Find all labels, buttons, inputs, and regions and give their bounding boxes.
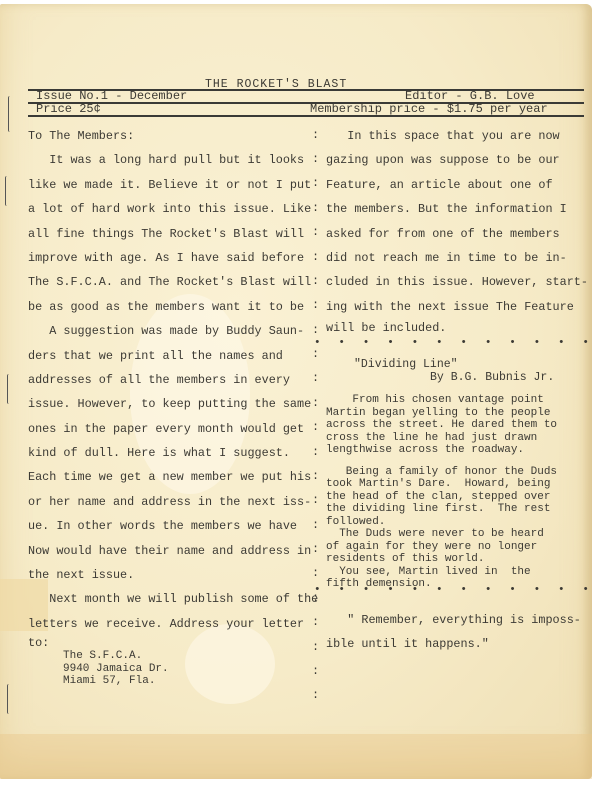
quote-line: " Remember, everything is imposs- [312, 608, 592, 632]
divider [28, 115, 584, 117]
text-line: Next month we will publish some of the [28, 587, 318, 611]
text-line: did not reach me in time to be in- [312, 246, 592, 270]
text-line: or her name and address in the next iss- [28, 490, 318, 514]
text-line: A suggestion was made by Buddy Saun- [28, 319, 318, 343]
text-line: In this space that you are now [312, 124, 592, 148]
newsletter-page: THE ROCKET'S BLAST Issue No.1 - December… [0, 4, 592, 779]
text-line: It was a long hard pull but it looks [28, 148, 318, 172]
address-line: Miami 57, Fla. [63, 675, 318, 688]
text-line: Feature, an article about one of [312, 173, 592, 197]
address-line: 9940 Jamaica Dr. [63, 663, 318, 676]
text-line: all fine things The Rocket's Blast will [28, 222, 318, 246]
text-line: kind of dull. Here is what I suggest. [28, 441, 318, 465]
text-line: to: [28, 636, 318, 650]
text-line: ue. In other words the members we have [28, 514, 318, 538]
text-line: issue. However, to keep putting the same [28, 392, 318, 416]
text-line: addresses of all the members in every [28, 368, 318, 392]
text-line: be as good as the members want it to be [28, 295, 318, 319]
text-line: ders that we print all the names and [28, 344, 318, 368]
text-line: a lot of hard work into this issue. Like [28, 197, 318, 221]
text-line: the members. But the information I [312, 197, 592, 221]
text-line: ing with the next issue The Feature [312, 295, 592, 319]
margin-mark [7, 374, 11, 404]
paper-stain [0, 734, 592, 779]
text-line: asked for from one of the members [312, 222, 592, 246]
dotted-divider: • • • • • • • • • • • • • • • • • • [312, 584, 592, 608]
text-line: letters we receive. Address your letter [28, 612, 318, 636]
issue-label: Issue No.1 - December [36, 89, 187, 103]
price-label: Price 25¢ [36, 102, 101, 116]
story-paragraph: Being a family of honor the Duds took Ma… [312, 466, 592, 584]
text-line: cluded in this issue. However, start- [312, 270, 592, 294]
margin-mark [5, 176, 9, 206]
text-line: ones in the paper every month would get [28, 417, 318, 441]
dotted-divider: • • • • • • • • • • • • • • • • • • [312, 337, 592, 359]
text-line: gazing upon was suppose to be our [312, 148, 592, 172]
text-line: The S.F.C.A. and The Rocket's Blast will [28, 270, 318, 294]
margin-mark [7, 684, 11, 714]
membership-price-label: Membership price - $1.75 per year [310, 102, 548, 116]
address-line: The S.F.C.A. [63, 650, 318, 663]
letter-heading: To The Members: [28, 124, 318, 148]
story-title: "Dividing Line" [312, 359, 592, 372]
text-line: like we made it. Believe it or not I put [28, 173, 318, 197]
text-line: improve with age. As I have said before [28, 246, 318, 270]
story-byline: By B.G. Bubnis Jr. [312, 372, 592, 385]
margin-mark [8, 96, 12, 132]
editor-label: Editor - G.B. Love [405, 89, 535, 103]
text-line: Now would have their name and address in [28, 539, 318, 563]
members-letter-column: To The Members: It was a long hard pull … [28, 124, 318, 688]
text-line: Each time we get a new member we put his [28, 465, 318, 489]
story-paragraph: From his chosen vantage point Martin beg… [312, 394, 592, 457]
text-line: will be included. [312, 319, 592, 337]
feature-column: In this space that you are now gazing up… [312, 124, 592, 656]
quote-line: ible until it happens." [312, 632, 592, 656]
text-line: the next issue. [28, 563, 318, 587]
